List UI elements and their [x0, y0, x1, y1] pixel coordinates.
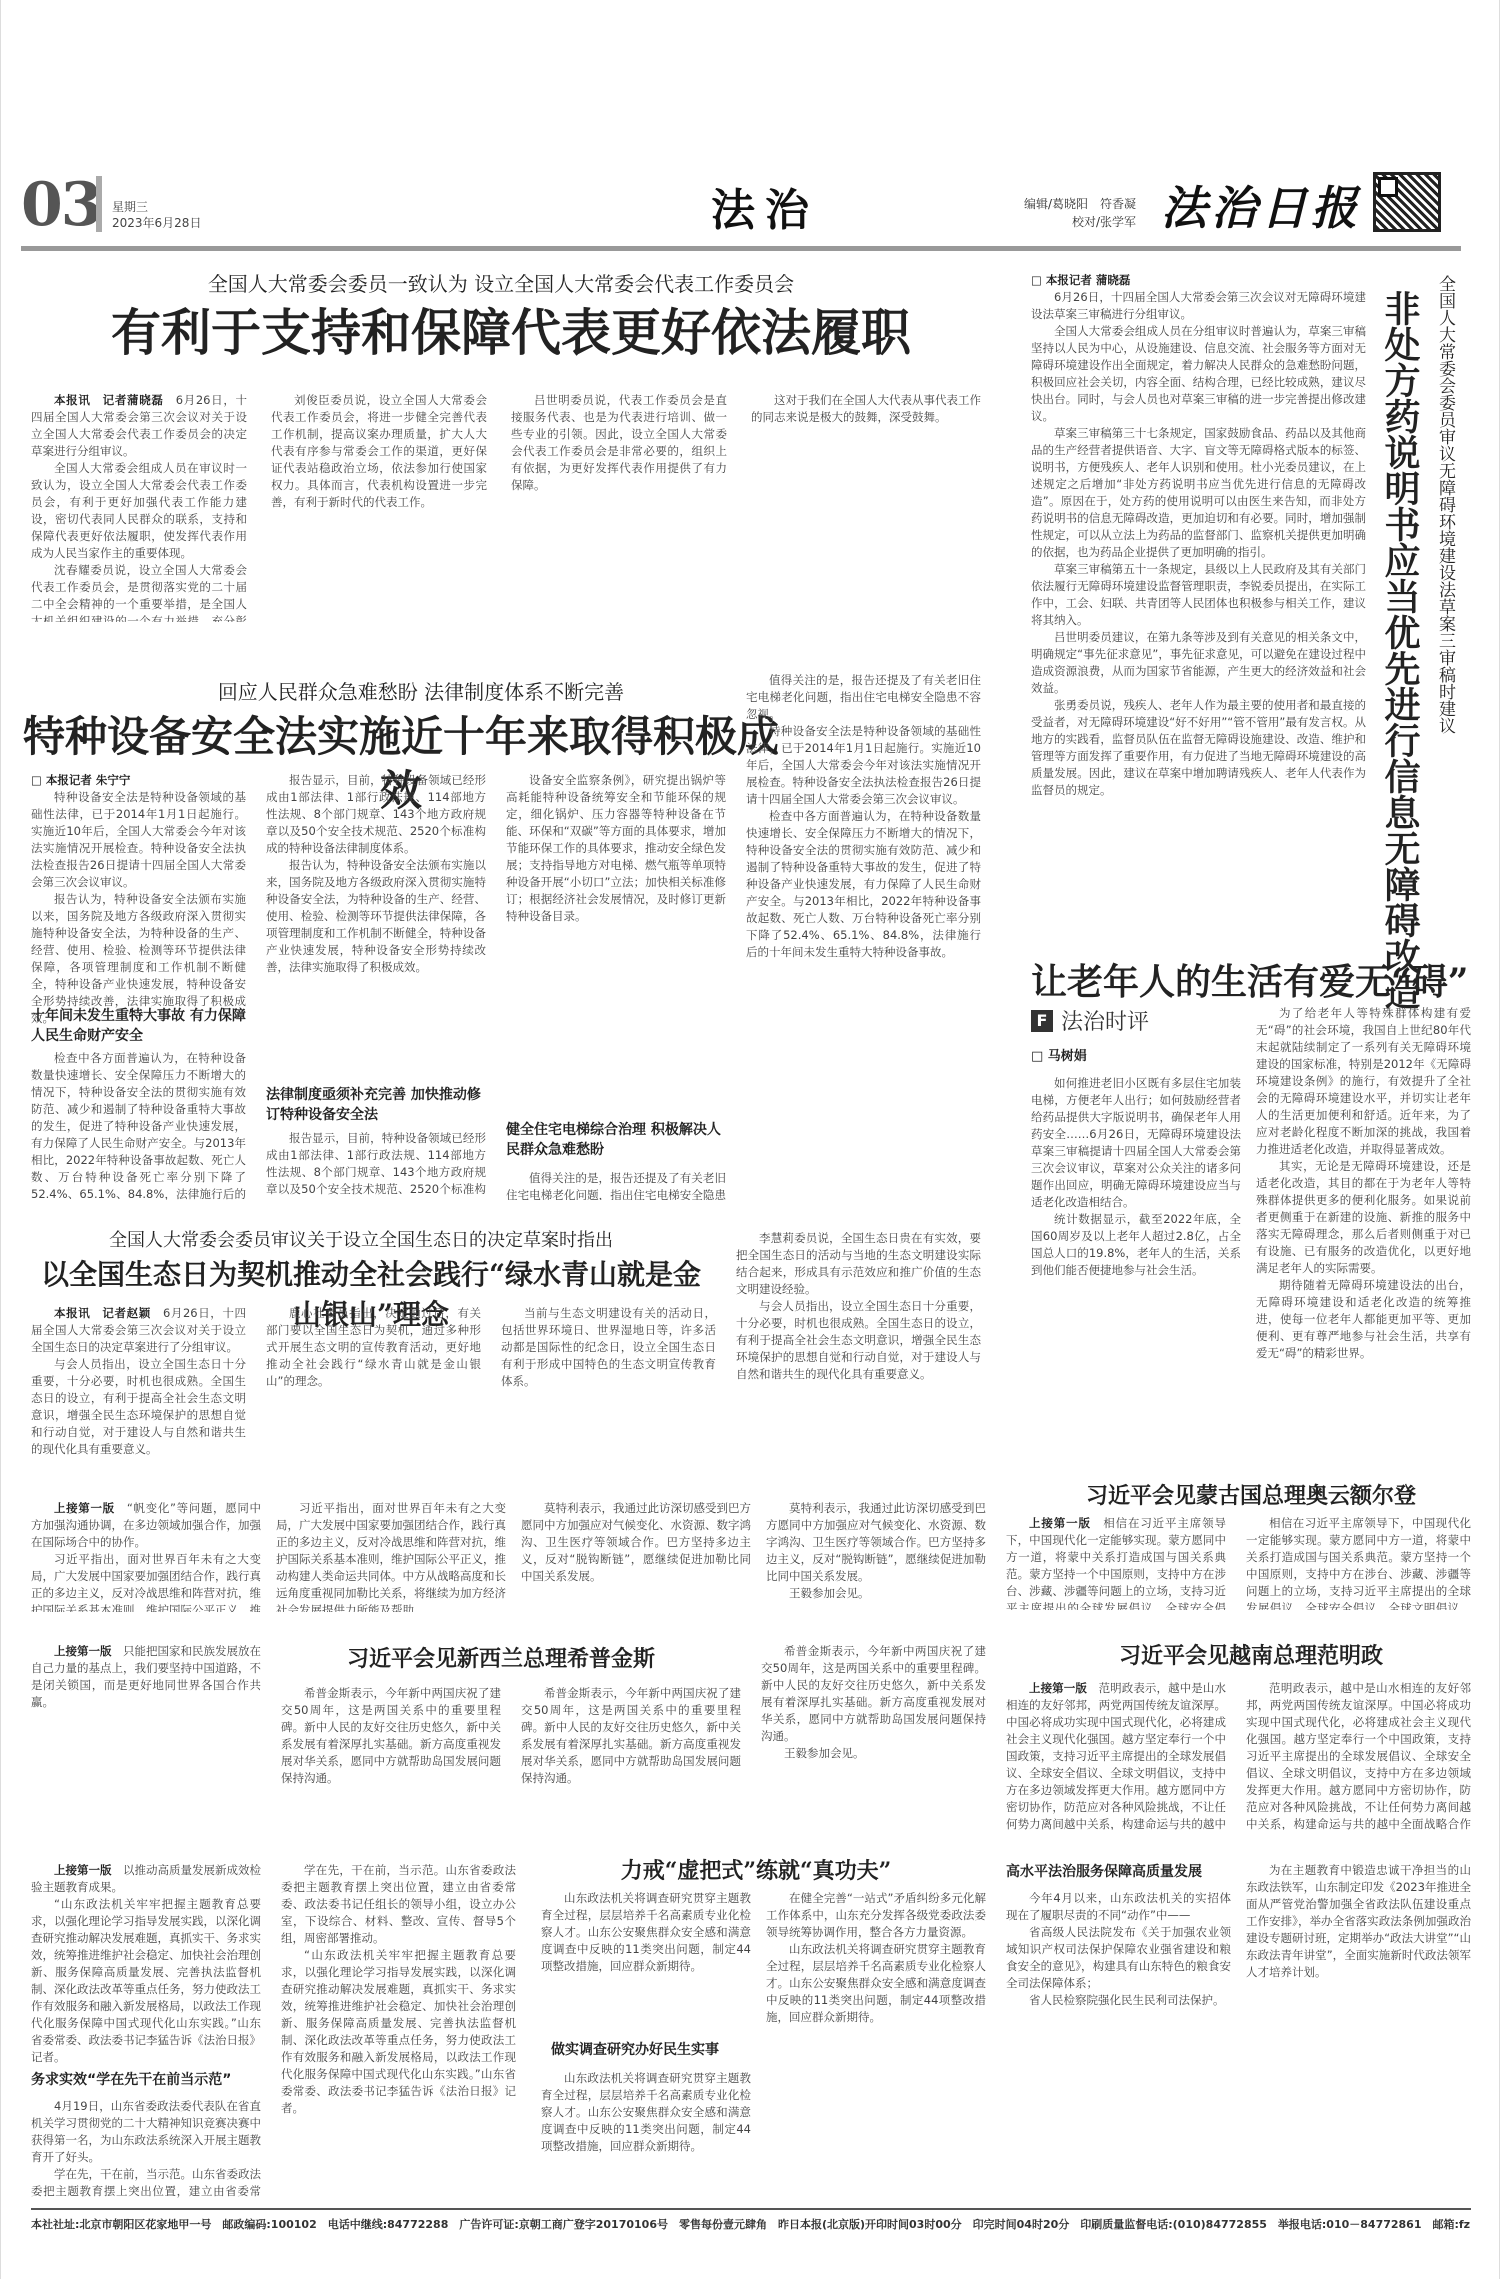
newspaper-page: 03 星期三 2023年6月28日 法治 编辑/葛晓阳 符香凝 校对/张学军 法… — [0, 0, 1500, 2279]
page-number-bar — [96, 176, 102, 232]
commentary-column-label: F 法治时评 — [1031, 1005, 1149, 1036]
editors-line: 编辑/葛晓阳 符香凝 — [1024, 195, 1136, 213]
article5-col1: 如何推进老旧小区既有多层住宅加装电梯，方便老年人出行；如何鼓励经营者给药品提供大… — [1031, 1075, 1241, 1445]
article8-col4: 希普金斯表示，今年新中两国庆祝了建交50周年，这是两国关系中的重要里程碑。新中人… — [761, 1643, 986, 1833]
article5-byline: □ 马树娟 — [1031, 1045, 1087, 1064]
article8-col1: 上接第一版 只能把国家和民族发展放在自己力量的基点上，我们要坚持中国道路，不是闭… — [31, 1643, 261, 1833]
article2-subhead-1: 十年间未发生重特大事故 有力保障人民生命财产安全 — [31, 1006, 246, 1046]
article1-col2: 刘俊臣委员说，设立全国人大常委会代表工作委员会，将进一步健全完善代表工作机制，提… — [271, 392, 487, 622]
issue-date: 2023年6月28日 — [112, 214, 201, 231]
article7-col1: 上接第一版 “帆变化”等问题，愿同中方加强沟通协调，在多边领域加强合作，加强在国… — [31, 1500, 261, 1612]
footer-imprint: 本社社址:北京市朝阳区花家地甲一号 邮政编码:100102 电话中继线:8477… — [31, 2208, 1471, 2232]
article4-vertical-kicker: 全国人大常委会委员审议无障碍环境建设法草案三审稿时建议 — [1433, 275, 1458, 734]
article10-col1b: 4月19日，山东省委政法委代表队在省直机关学习贯彻党的二十大精神知识竞赛决赛中获… — [31, 2098, 261, 2198]
article2-col1b: 检查中各方面普遍认为，在特种设备数量快速增长、安全保障压力不断增大的情况下，特种… — [31, 1050, 246, 1200]
article10-subhead-2: 做实调查研究办好民生实事 — [551, 2040, 751, 2060]
masthead: 03 星期三 2023年6月28日 法治 编辑/葛晓阳 符香凝 校对/张学军 法… — [21, 170, 1481, 244]
article3-col1: 本报讯 记者赵颖 6月26日，十四届全国人大常委会第三次会议对关于设立全国生态日… — [31, 1305, 246, 1485]
article2-col3: 设备安全监察条例》，研究提出锅炉等高耗能特种设备统筹安全和节能环保的规定，细化锅… — [506, 772, 726, 1092]
article7-col2: 习近平指出，面对世界百年未有之大变局，广大发展中国家要加强团结合作，践行真正的多… — [276, 1500, 506, 1612]
article10-subhead-1: 务求实效“学在先干在前当示范” — [31, 2070, 261, 2090]
article9-col1: 上接第一版 范明政表示，越中是山水相连的友好邻邦，两党两国传统友谊深厚。中国必将… — [1006, 1680, 1226, 1830]
article2-subhead-3: 健全住宅电梯综合治理 积极解决人民群众急难愁盼 — [506, 1120, 726, 1160]
article10-subhead-3: 高水平法治服务保障高质量发展 — [1006, 1862, 1231, 1882]
section-title: 法治 — [711, 174, 819, 238]
article10-col6: 为在主题教育中锻造忠诚干净担当的山东政法铁军，山东制定印发《2023年推进全面从… — [1246, 1862, 1471, 2198]
article6-col1: 上接第一版 相信在习近平主席领导下，中国现代化一定能够实现。蒙方愿同中方一道，将… — [1006, 1515, 1226, 1610]
article5-col2: 为了给老年人等特殊群体构建有爱无“碍”的社会环境，我国自上世纪80年代末起就陆续… — [1256, 1005, 1471, 1445]
article1-byline: 本报讯 记者蒲晓磊 — [54, 393, 164, 407]
article10-col4: 在健全完善“一站式”矛盾纠纷多元化解工作体系中，山东充分发挥各级党委政法委领导统… — [766, 1890, 986, 2198]
article2-kicker: 回应人民群众急难愁盼 法律制度体系不断完善 — [61, 676, 781, 705]
article1-col4: 这对于我们在全国人大代表从事代表工作的同志来说是极大的鼓舞，深受鼓舞。 — [751, 392, 981, 622]
article5-headline[interactable]: 让老年人的生活有爱无“碍” — [1031, 958, 1471, 1006]
article2-col2b: 报告显示，目前，特种设备领域已经形成由1部法律、1部行政法规、114部地方性法规… — [266, 1130, 486, 1200]
article3-byline: 本报讯 记者赵颖 — [54, 1306, 151, 1320]
article8-headline[interactable]: 习近平会见新西兰总理希普金斯 — [281, 1643, 721, 1675]
article4-body: □ 本报记者 蒲晓磊 6月26日，十四届全国人大常委会第三次会议对无障碍环境建设… — [1031, 272, 1366, 932]
article8-col3: 希普金斯表示，今年新中两国庆祝了建交50周年，这是两国关系中的重要里程碑。新中人… — [521, 1685, 741, 1833]
article10-col3b: 山东政法机关将调查研究贯穿主题教育全过程，层层培养千名高素质专业化检察人才。山东… — [541, 2070, 751, 2198]
article7-col3: 莫特利表示，我通过此访深切感受到巴方愿同中方加强应对气候变化、水资源、数字鸿沟、… — [521, 1500, 751, 1612]
article4-vertical-headline[interactable]: 非处方药说明书应当优先进行信息无障碍改造 — [1378, 290, 1422, 1010]
article9-headline[interactable]: 习近平会见越南总理范明政 — [1031, 1640, 1471, 1672]
article4-byline: □ 本报记者 蒲晓磊 — [1031, 272, 1366, 289]
article10-headline[interactable]: 力戒“虚把式”练就“真功夫” — [541, 1855, 971, 1887]
article2-subhead-2: 法律制度亟须补充完善 加快推动修订特种设备安全法 — [266, 1085, 486, 1125]
article8-col2: 希普金斯表示，今年新中两国庆祝了建交50周年，这是两国关系中的重要里程碑。新中人… — [281, 1685, 501, 1833]
weekday: 星期三 — [112, 198, 148, 215]
article3-col2: 鹿心社委员指出，决定通过后，有关部门要以全国生态日为契机，通过多种形式开展生态文… — [266, 1305, 481, 1485]
article2-col3b: 值得关注的是，报告还提及了有关老旧住宅电梯老化问题，指出住宅电梯安全隐患不容忽视… — [506, 1170, 726, 1200]
article6-col2: 相信在习近平主席领导下，中国现代化一定能够实现。蒙方愿同中方一道，将蒙中关系打造… — [1246, 1515, 1471, 1610]
proofreader-line: 校对/张学军 — [1024, 213, 1136, 231]
article1-kicker: 全国人大常委会委员一致认为 设立全国人大常委会代表工作委员会 — [111, 268, 891, 297]
article10-col3: 山东政法机关将调查研究贯穿主题教育全过程，层层培养千名高素质专业化检察人才。山东… — [541, 1890, 751, 2040]
article10-col2: 学在先，干在前，当示范。山东省委政法委把主题教育摆上突出位置，建立由省委常委、政… — [281, 1862, 516, 2198]
article7-col4: 莫特利表示，我通过此访深切感受到巴方愿同中方加强应对气候变化、水资源、数字鸿沟、… — [766, 1500, 986, 1612]
masthead-rule — [21, 246, 1461, 251]
article1-col3: 吕世明委员说，代表工作委员会是直接服务代表、也是为代表进行培训、做一些专业的引领… — [511, 392, 727, 622]
editors-credit: 编辑/葛晓阳 符香凝 校对/张学军 — [1024, 195, 1136, 231]
article2-col4: 值得关注的是，报告还提及了有关老旧住宅电梯老化问题，指出住宅电梯安全隐患不容忽视… — [746, 672, 981, 1200]
article6-headline[interactable]: 习近平会见蒙古国总理奥云额尔登 — [1031, 1480, 1471, 1512]
article10-col5: 今年4月以来，山东政法机关的实招体现在了履职尽责的不同“动作”中—— 省高级人民… — [1006, 1890, 1231, 2198]
article1-col1: 本报讯 记者蒲晓磊 6月26日，十四届全国人大常委会第三次会议对关于设立全国人大… — [31, 392, 247, 622]
article3-kicker: 全国人大常委会委员审议关于设立全国生态日的决定草案时指出 — [31, 1226, 691, 1252]
article2-col2: 报告显示，目前，特种设备领域已经形成由1部法律、1部行政法规、114部地方性法规… — [266, 772, 486, 1092]
article3-col3: 当前与生态文明建设有关的活动日，包括世界环境日、世界湿地日等，许多活动都是国际性… — [501, 1305, 716, 1485]
article3-col4: 李慧莉委员说，全国生态日贵在有实效，要把全国生态日的活动与当地的生态文明建设实际… — [736, 1230, 981, 1485]
newspaper-logo: 法治日报 — [1161, 172, 1361, 238]
commentary-f-icon: F — [1031, 1010, 1053, 1032]
article9-col2: 范明政表示，越中是山水相连的友好邻邦，两党两国传统友谊深厚。中国必将成功实现中国… — [1246, 1680, 1471, 1830]
qr-code-icon[interactable] — [1373, 172, 1441, 232]
article2-byline: □ 本报记者 朱宁宁 — [31, 772, 246, 789]
article1-headline[interactable]: 有利于支持和保障代表更好依法履职 — [31, 300, 991, 366]
page-number: 03 — [21, 170, 101, 240]
